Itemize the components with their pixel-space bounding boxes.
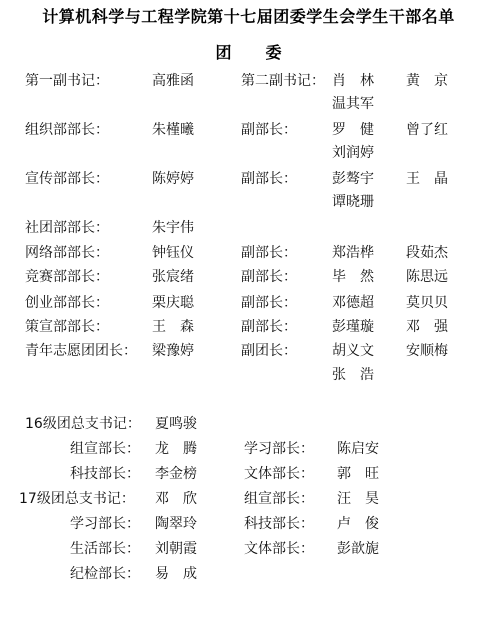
- position-label: 竞赛部部长：: [25, 268, 109, 286]
- position-label: 学习部长：: [244, 440, 314, 458]
- deputy-name: 罗 健: [332, 121, 374, 139]
- deputy-name: 彭骜宇: [332, 170, 374, 188]
- deputy-label: 副部长：: [241, 268, 297, 286]
- deputy-name: 曾了红: [406, 121, 448, 139]
- person-name: 高雅函: [152, 72, 194, 90]
- person-name: 朱槿曦: [152, 121, 194, 139]
- document-title: 计算机科学与工程学院第十七届团委学生会学生干部名单: [0, 4, 497, 27]
- person-name: 龙 腾: [155, 440, 197, 458]
- position-label: 学习部长：: [70, 515, 140, 533]
- person-name: 梁豫婷: [152, 342, 194, 360]
- position-label: 策宣部部长：: [25, 318, 109, 336]
- person-name: 钟钰仪: [152, 244, 194, 262]
- position-label: 网络部部长：: [25, 244, 109, 262]
- person-name: 卢 俊: [337, 515, 379, 533]
- deputy-label: 副团长：: [241, 342, 297, 360]
- person-name: 易 成: [155, 565, 197, 583]
- person-name: 张宸绪: [152, 268, 194, 286]
- person-name: 彭歆旎: [337, 540, 379, 558]
- person-name: 汪 昊: [337, 490, 379, 508]
- deputy-name: 张 浩: [332, 366, 374, 384]
- person-name: 陈启安: [337, 440, 379, 458]
- person-name: 刘朝霞: [155, 540, 197, 558]
- deputy-name: 段茹杰: [406, 244, 448, 262]
- deputy-name: 刘润婷: [332, 144, 374, 162]
- branch-secretary-label: 17级团总支书记：: [19, 490, 135, 508]
- deputy-name: 安顺梅: [406, 342, 448, 360]
- branch-secretary-label: 16级团总支书记：: [25, 415, 141, 433]
- deputy-name: 温其军: [332, 95, 374, 113]
- position-label: 社团部部长：: [25, 219, 109, 237]
- deputy-name: 胡义文: [332, 342, 374, 360]
- position-label: 科技部长：: [70, 465, 140, 483]
- deputy-name: 肖 林: [332, 72, 374, 90]
- deputy-name: 毕 然: [332, 268, 374, 286]
- position-label: 纪检部长：: [70, 565, 140, 583]
- branch-secretary-name: 夏鸣骏: [155, 415, 197, 433]
- position-label: 第一副书记：: [25, 72, 109, 90]
- deputy-name: 黄 京: [406, 72, 448, 90]
- person-name: 李金榜: [155, 465, 197, 483]
- person-name: 朱宇伟: [152, 219, 194, 237]
- deputy-label: 副部长：: [241, 294, 297, 312]
- deputy-label: 第二副书记：: [241, 72, 325, 90]
- position-label: 组宣部长：: [70, 440, 140, 458]
- deputy-name: 邓德超: [332, 294, 374, 312]
- deputy-name: 邓 强: [406, 318, 448, 336]
- position-label: 青年志愿团团长：: [25, 342, 137, 360]
- person-name: 栗庆聪: [152, 294, 194, 312]
- position-label: 组宣部长：: [244, 490, 314, 508]
- deputy-label: 副部长：: [241, 170, 297, 188]
- position-label: 生活部长：: [70, 540, 140, 558]
- section-heading-char2: 委: [266, 40, 282, 63]
- deputy-name: 郑浩桦: [332, 244, 374, 262]
- position-label: 科技部长：: [244, 515, 314, 533]
- deputy-label: 副部长：: [241, 121, 297, 139]
- person-name: 王 森: [152, 318, 194, 336]
- person-name: 郭 旺: [337, 465, 379, 483]
- person-name: 陈婷婷: [152, 170, 194, 188]
- position-label: 组织部部长：: [25, 121, 109, 139]
- section-heading-char1: 团: [215, 40, 231, 63]
- position-label: 宣传部部长：: [25, 170, 109, 188]
- person-name: 陶翠玲: [155, 515, 197, 533]
- deputy-name: 王 晶: [406, 170, 448, 188]
- section-heading: 团委: [0, 40, 497, 63]
- position-label: 文体部长：: [244, 540, 314, 558]
- deputy-name: 彭瑾璇: [332, 318, 374, 336]
- deputy-label: 副部长：: [241, 318, 297, 336]
- deputy-label: 副部长：: [241, 244, 297, 262]
- branch-secretary-name: 邓 欣: [155, 490, 197, 508]
- position-label: 创业部部长：: [25, 294, 109, 312]
- deputy-name: 谭晓珊: [332, 193, 374, 211]
- deputy-name: 陈思远: [406, 268, 448, 286]
- position-label: 文体部长：: [244, 465, 314, 483]
- deputy-name: 莫贝贝: [406, 294, 448, 312]
